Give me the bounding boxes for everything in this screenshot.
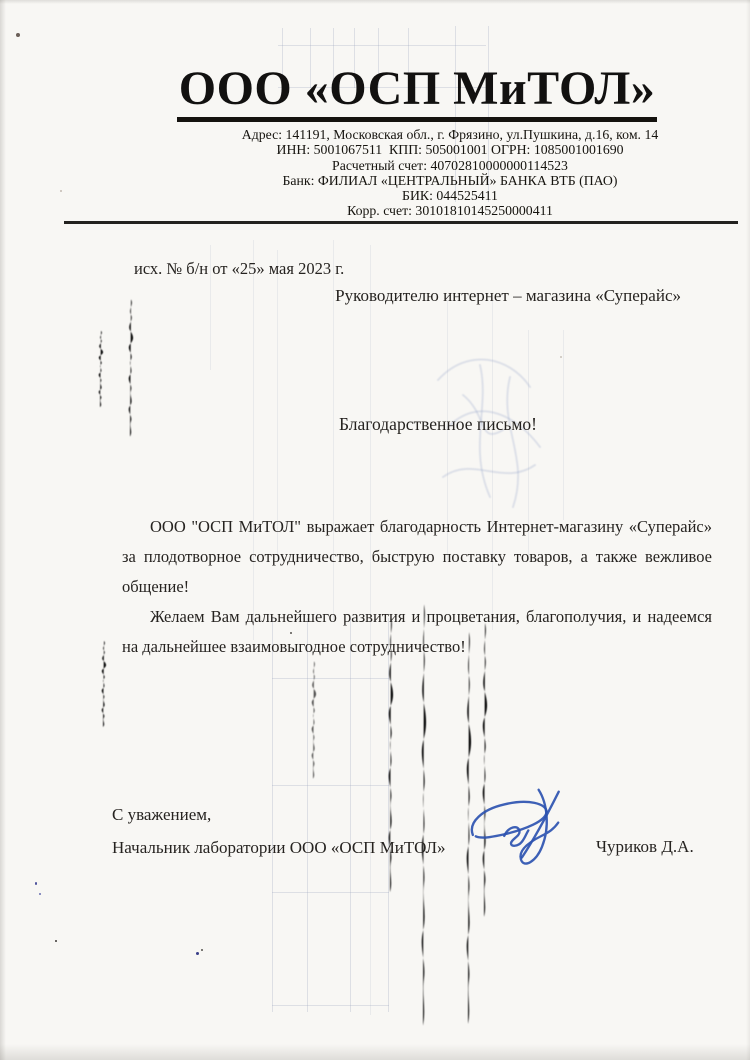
ink-speckle <box>35 882 37 885</box>
scan-edge-shadow <box>746 0 750 1060</box>
scan-edge-shadow <box>0 0 750 4</box>
ink-speckle <box>560 356 562 358</box>
letterhead-bank-line: Банк: ФИЛИАЛ «ЦЕНТРАЛЬНЫЙ» БАНКА ВТБ (ПА… <box>170 173 730 188</box>
ink-speckle <box>196 952 199 955</box>
bleedthrough-handwriting <box>94 330 108 408</box>
signer-name: Чуриков Д.А. <box>596 837 694 857</box>
body-paragraph: ООО "ОСП МиТОЛ" выражает благодарность И… <box>122 512 712 602</box>
handwritten-signature <box>463 778 571 880</box>
scan-edge-shadow <box>0 0 6 1060</box>
body-paragraph: Желаем Вам дальнейшего развития и процве… <box>122 602 712 662</box>
ink-speckle <box>39 893 41 895</box>
letterhead-account-line: Расчетный счет: 40702810000000114523 <box>170 158 730 173</box>
outgoing-reference: исх. № б/н от «25» мая 2023 г. <box>134 259 344 279</box>
ink-speckle <box>55 940 57 942</box>
bleedthrough-handwriting <box>307 660 321 780</box>
header-divider-rule <box>64 221 738 224</box>
letterhead-details: Адрес: 141191, Московская обл., г. Фрязи… <box>170 127 730 219</box>
bleedthrough-handwriting <box>97 640 111 728</box>
letterhead-corr-line: Корр. счет: 30101810145250000411 <box>170 203 730 218</box>
letterhead-bik-line: БИК: 044525411 <box>170 188 730 203</box>
letterhead-address-line: Адрес: 141191, Московская обл., г. Фрязи… <box>170 127 730 142</box>
signer-position-line: Начальник лаборатории ООО «ОСП МиТОЛ» <box>112 838 446 858</box>
addressee-line: Руководителю интернет – магазина «Супера… <box>0 286 681 306</box>
bleedthrough-handwriting <box>124 298 138 438</box>
scan-edge-shadow <box>0 1044 750 1060</box>
letter-body: ООО "ОСП МиТОЛ" выражает благодарность И… <box>122 512 712 662</box>
bleedthrough-handwriting <box>417 600 431 1030</box>
ink-speckle <box>60 190 62 192</box>
ink-speckle <box>16 33 20 37</box>
scanned-letter-page: ООО «ОСП МиТОЛ» Адрес: 141191, Московска… <box>0 0 750 1060</box>
letter-title: Благодарственное письмо! <box>138 414 738 435</box>
letterhead-inn-line: ИНН: 5001067511 КПП: 505001001 ОГРН: 108… <box>170 142 730 157</box>
ink-speckle <box>201 949 203 951</box>
company-name: ООО «ОСП МиТОЛ» <box>177 64 657 122</box>
closing-line: С уважением, <box>112 805 211 825</box>
